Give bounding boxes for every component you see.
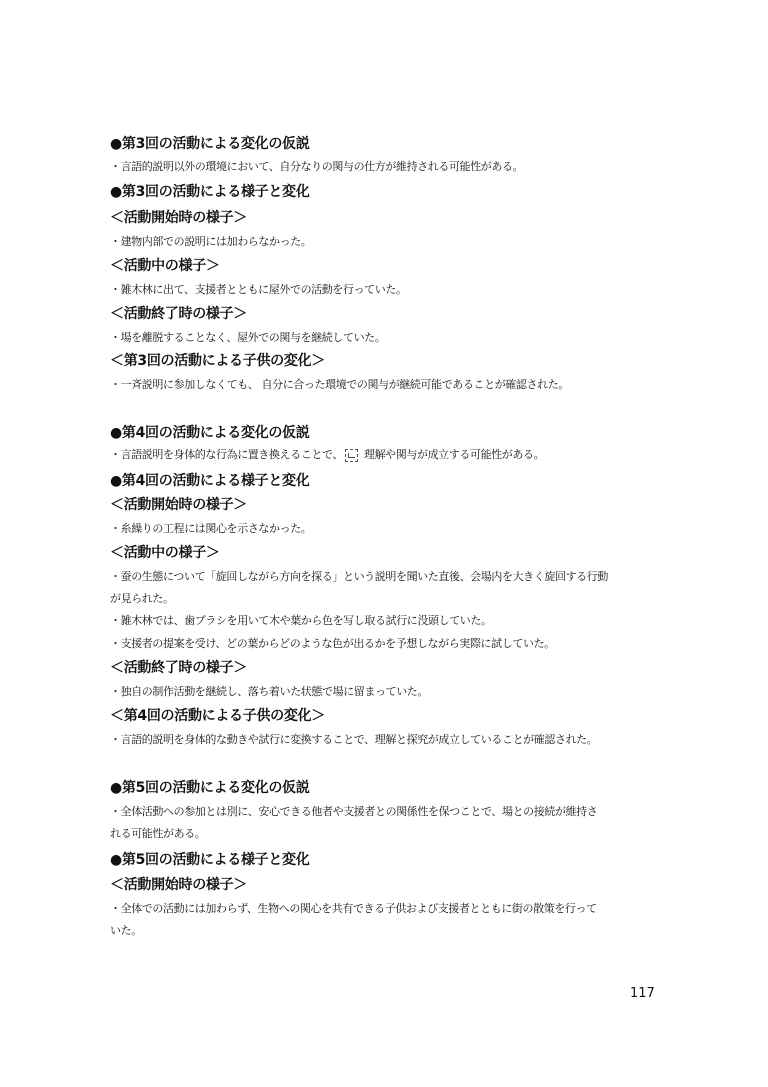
section5-observation-heading: ●第5回の活動による様子と変化 bbox=[110, 849, 309, 869]
section4-start-heading: ＜活動開始時の様子＞ bbox=[110, 494, 247, 514]
section3-end-text: ・場を離脱することなく、屋外での関与を継続していた。 bbox=[110, 329, 385, 345]
page-number: 117 bbox=[630, 986, 655, 1001]
section3-start-text: ・建物内部での説明には加わらなかった。 bbox=[110, 233, 311, 249]
section4-end-heading: ＜活動終了時の様子＞ bbox=[110, 657, 247, 677]
section3-during-heading: ＜活動中の様子＞ bbox=[110, 255, 220, 275]
section4-during-text-1a: ・蚕の生態について「旋回しながら方向を探る」という説明を聞いた直後、会場内を大き… bbox=[110, 568, 608, 584]
section5-hypothesis-text-a: ・全体活動への参加とは別に、安心できる他者や支援者との関係性を保つことで、場との… bbox=[110, 803, 597, 819]
section4-during-text-3: ・支援者の提案を受け、どの葉からどのような色が出るかを予想しながら実際に試してい… bbox=[110, 635, 555, 651]
section4-during-text-1b: が見られた。 bbox=[110, 590, 174, 606]
section4-during-text-2: ・雑木林では、歯ブラシを用いて木や葉から色を写し取る試行に没頭していた。 bbox=[110, 612, 492, 628]
section5-start-text-a: ・全体での活動には加わらず、生物への関心を共有できる子供および支援者とともに街の… bbox=[110, 900, 597, 916]
section4-change-heading: ＜第4回の活動による子供の変化＞ bbox=[110, 705, 325, 725]
section3-hypothesis-text: ・言語的説明以外の環境において、自分なりの関与の仕方が維持される可能性がある。 bbox=[110, 158, 523, 174]
section4-during-heading: ＜活動中の様子＞ bbox=[110, 542, 220, 562]
section4-hypothesis-text-a: ・言語説明を身体的な行為に置き換えることで、 bbox=[110, 448, 343, 461]
section5-start-text-b: いた。 bbox=[110, 922, 142, 938]
section4-hypothesis-text: ・言語説明を身体的な行為に置き換えることで、理解や関与が成立する可能性がある。 bbox=[110, 446, 544, 462]
section5-hypothesis-text-b: れる可能性がある。 bbox=[110, 825, 205, 841]
image-placeholder-icon bbox=[345, 449, 358, 462]
section3-end-heading: ＜活動終了時の様子＞ bbox=[110, 303, 247, 323]
section3-change-text: ・一斉説明に参加しなくても、 自分に合った環境での関与が継続可能であることが確認… bbox=[110, 376, 569, 392]
section5-start-heading: ＜活動開始時の様子＞ bbox=[110, 874, 247, 894]
section4-observation-heading: ●第4回の活動による様子と変化 bbox=[110, 470, 309, 490]
section4-hypothesis-text-b: 理解や関与が成立する可能性がある。 bbox=[364, 448, 544, 461]
document-page: ●第3回の活動による変化の仮説 ・言語的説明以外の環境において、自分なりの関与の… bbox=[0, 0, 768, 1087]
section4-hypothesis-heading: ●第4回の活動による変化の仮説 bbox=[110, 422, 309, 442]
section3-during-text: ・雑木林に出て、支援者とともに屋外での活動を行っていた。 bbox=[110, 281, 407, 297]
section4-start-text: ・糸繰りの工程には関心を示さなかった。 bbox=[110, 520, 311, 536]
section4-end-text: ・独自の制作活動を継続し、落ち着いた状態で場に留まっていた。 bbox=[110, 683, 428, 699]
section3-start-heading: ＜活動開始時の様子＞ bbox=[110, 207, 247, 227]
section3-change-heading: ＜第3回の活動による子供の変化＞ bbox=[110, 350, 325, 370]
section4-change-text: ・言語的説明を身体的な動きや試行に変換することで、理解と探究が成立していることが… bbox=[110, 731, 597, 747]
section5-hypothesis-heading: ●第5回の活動による変化の仮説 bbox=[110, 777, 309, 797]
section3-observation-heading: ●第3回の活動による様子と変化 bbox=[110, 181, 309, 201]
section3-hypothesis-heading: ●第3回の活動による変化の仮説 bbox=[110, 133, 309, 153]
